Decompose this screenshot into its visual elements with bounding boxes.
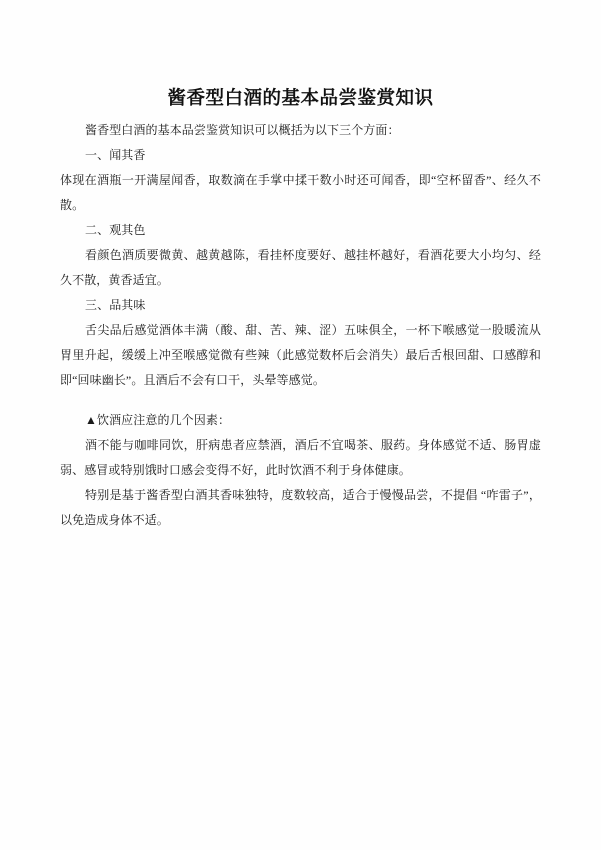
section-2-body: 看颜色酒质要微黄、越黄越陈，看挂杯度要好、越挂杯越好，看酒花要大小均匀、经久不散… [60, 243, 541, 293]
document-page: 酱香型白酒的基本品尝鉴赏知识 酱香型白酒的基本品尝鉴赏知识可以概括为以下三个方面… [0, 0, 601, 850]
notes-body-2: 特别是基于酱香型白酒其香味独特，度数较高，适合于慢慢品尝，不提倡 “咋雷子”，以… [60, 483, 541, 533]
intro-paragraph: 酱香型白酒的基本品尝鉴赏知识可以概括为以下三个方面： [60, 118, 541, 143]
document-title: 酱香型白酒的基本品尝鉴赏知识 [60, 86, 541, 112]
notes-heading: ▲饮酒应注意的几个因素： [60, 408, 541, 433]
section-2-heading: 二、观其色 [60, 218, 541, 243]
section-3-heading: 三、品其味 [60, 293, 541, 318]
section-1-body: 体现在酒瓶一开满屋闻香，取数滴在手掌中揉干数小时还可闻香，即“空杯留香”、经久不… [60, 168, 541, 218]
document-content: 酱香型白酒的基本品尝鉴赏知识 酱香型白酒的基本品尝鉴赏知识可以概括为以下三个方面… [60, 86, 541, 533]
paragraph-gap [60, 393, 541, 408]
notes-body-1: 酒不能与咖啡同饮，肝病患者应禁酒，酒后不宜喝茶、服药。身体感觉不适、肠胃虚弱、感… [60, 433, 541, 483]
section-3-body: 舌尖品后感觉酒体丰满（酸、甜、苦、辣、涩）五味俱全，一杯下喉感觉一股暖流从胃里升… [60, 318, 541, 393]
section-1-heading: 一、闻其香 [60, 143, 541, 168]
